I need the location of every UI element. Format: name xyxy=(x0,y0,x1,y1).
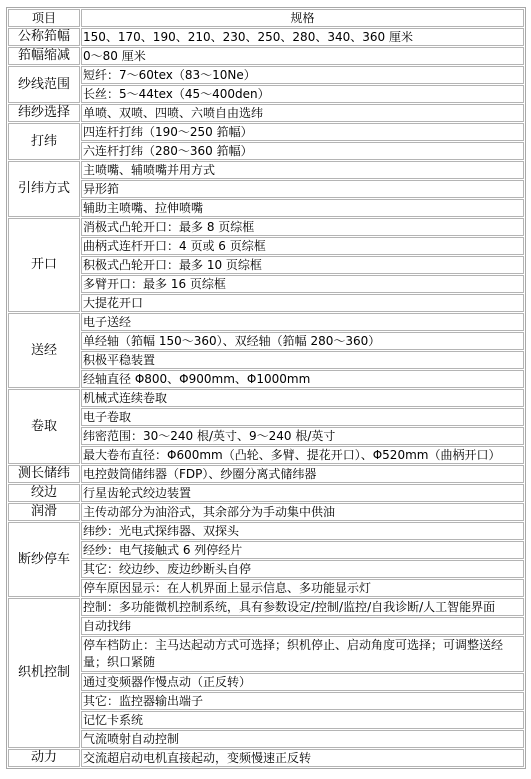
row-spec-value: 主传动部分为油浴式，其余部分为手动集中供油 xyxy=(81,503,524,521)
table-row: 通过变频器作慢点动（正反转） xyxy=(8,673,524,691)
row-spec-value: 气流喷射自动控制 xyxy=(81,730,524,748)
table-row: 曲柄式连杆开口：4 页或 6 页综框 xyxy=(8,237,524,255)
row-spec-value: 四连杆打纬（190～250 筘幅） xyxy=(81,123,524,141)
row-spec-value: 电子送经 xyxy=(81,313,524,331)
table-row: 公称筘幅150、170、190、210、230、250、280、340、360 … xyxy=(8,28,524,46)
table-row: 停车档防止：主马达起动方式可选择；织机停止、启动角度可选择；可调整送经量；织口紧… xyxy=(8,636,524,672)
row-spec-value: 行星齿轮式绞边装置 xyxy=(81,484,524,502)
row-item-label: 卷取 xyxy=(8,389,80,464)
row-spec-value: 异形筘 xyxy=(81,180,524,198)
row-spec-value: 交流超启动电机直接起动，变频慢速正反转 xyxy=(81,749,524,767)
table-row: 筘幅缩减0～80 厘米 xyxy=(8,47,524,65)
table-row: 停车原因显示：在人机界面上显示信息、多功能显示灯 xyxy=(8,579,524,597)
table-row: 动力交流超启动电机直接起动，变频慢速正反转 xyxy=(8,749,524,767)
row-spec-value: 积极平稳装置 xyxy=(81,351,524,369)
table-body: 公称筘幅150、170、190、210、230、250、280、340、360 … xyxy=(8,28,524,767)
row-spec-value: 单喷、双喷、四喷、六喷自由选纬 xyxy=(81,104,524,122)
row-item-label: 纱线范围 xyxy=(8,66,80,103)
row-spec-value: 单经轴（筘幅 150～360）、双经轴（筘幅 280～360） xyxy=(81,332,524,350)
table-row: 自动找纬 xyxy=(8,617,524,635)
table-row: 引纬方式主喷嘴、辅喷嘴并用方式 xyxy=(8,161,524,179)
table-row: 记忆卡系统 xyxy=(8,711,524,729)
row-spec-value: 停车原因显示：在人机界面上显示信息、多功能显示灯 xyxy=(81,579,524,597)
table-row: 大提花开口 xyxy=(8,294,524,312)
table-row: 最大卷布直径：Φ600mm（凸轮、多臂、提花开口）、Φ520mm（曲柄开口） xyxy=(8,446,524,464)
row-spec-value: 经纱：电气接触式 6 列停经片 xyxy=(81,541,524,559)
table-row: 异形筘 xyxy=(8,180,524,198)
row-spec-value: 曲柄式连杆开口：4 页或 6 页综框 xyxy=(81,237,524,255)
header-spec: 规格 xyxy=(81,9,524,27)
row-spec-value: 积极式凸轮开口：最多 10 页综框 xyxy=(81,256,524,274)
row-spec-value: 通过变频器作慢点动（正反转） xyxy=(81,673,524,691)
row-spec-value: 纬密范围：30～240 根/英寸、9～240 根/英寸 xyxy=(81,427,524,445)
table-row: 气流喷射自动控制 xyxy=(8,730,524,748)
row-item-label: 筘幅缩减 xyxy=(8,47,80,65)
table-row: 其它：绞边纱、废边纱断头自停 xyxy=(8,560,524,578)
table-row: 六连杆打纬（280～360 筘幅） xyxy=(8,142,524,160)
row-spec-value: 自动找纬 xyxy=(81,617,524,635)
row-item-label: 引纬方式 xyxy=(8,161,80,217)
row-spec-value: 经轴直径 Φ800、Φ900mm、Φ1000mm xyxy=(81,370,524,388)
row-spec-value: 主喷嘴、辅喷嘴并用方式 xyxy=(81,161,524,179)
row-spec-value: 电子卷取 xyxy=(81,408,524,426)
table-row: 电子卷取 xyxy=(8,408,524,426)
table-row: 多臂开口：最多 16 页综框 xyxy=(8,275,524,293)
row-spec-value: 机械式连续卷取 xyxy=(81,389,524,407)
table-row: 经纱：电气接触式 6 列停经片 xyxy=(8,541,524,559)
row-spec-value: 大提花开口 xyxy=(81,294,524,312)
table-row: 绞边行星齿轮式绞边装置 xyxy=(8,484,524,502)
spec-table: 项目 规格 公称筘幅150、170、190、210、230、250、280、34… xyxy=(6,7,526,769)
row-spec-value: 0～80 厘米 xyxy=(81,47,524,65)
row-item-label: 送经 xyxy=(8,313,80,388)
table-row: 测长储纬电控鼓筒储纬器（FDP）、纱圈分离式储纬器 xyxy=(8,465,524,483)
table-row: 断纱停车纬纱：光电式探纬器、双探头 xyxy=(8,522,524,540)
row-spec-value: 短纤：7～60tex（83～10Ne） xyxy=(81,66,524,84)
table-row: 打纬四连杆打纬（190～250 筘幅） xyxy=(8,123,524,141)
row-item-label: 断纱停车 xyxy=(8,522,80,597)
row-spec-value: 多臂开口：最多 16 页综框 xyxy=(81,275,524,293)
row-spec-value: 电控鼓筒储纬器（FDP）、纱圈分离式储纬器 xyxy=(81,465,524,483)
table-row: 织机控制控制：多功能微机控制系统，具有参数设定/控制/监控/自我诊断/人工智能界… xyxy=(8,598,524,616)
row-item-label: 纬纱选择 xyxy=(8,104,80,122)
row-spec-value: 六连杆打纬（280～360 筘幅） xyxy=(81,142,524,160)
row-item-label: 动力 xyxy=(8,749,80,767)
row-spec-value: 记忆卡系统 xyxy=(81,711,524,729)
row-spec-value: 纬纱：光电式探纬器、双探头 xyxy=(81,522,524,540)
table-row: 纬密范围：30～240 根/英寸、9～240 根/英寸 xyxy=(8,427,524,445)
table-row: 积极式凸轮开口：最多 10 页综框 xyxy=(8,256,524,274)
row-spec-value: 控制：多功能微机控制系统，具有参数设定/控制/监控/自我诊断/人工智能界面 xyxy=(81,598,524,616)
table-row: 卷取机械式连续卷取 xyxy=(8,389,524,407)
row-spec-value: 其它：绞边纱、废边纱断头自停 xyxy=(81,560,524,578)
table-row: 积极平稳装置 xyxy=(8,351,524,369)
row-item-label: 绞边 xyxy=(8,484,80,502)
row-spec-value: 其它：监控器输出端子 xyxy=(81,692,524,710)
row-item-label: 开口 xyxy=(8,218,80,312)
table-row: 长丝：5～44tex（45～400den） xyxy=(8,85,524,103)
spec-table-container: 项目 规格 公称筘幅150、170、190、210、230、250、280、34… xyxy=(6,7,525,769)
row-item-label: 测长储纬 xyxy=(8,465,80,483)
row-spec-value: 停车档防止：主马达起动方式可选择；织机停止、启动角度可选择；可调整送经量；织口紧… xyxy=(81,636,524,672)
table-row: 开口消极式凸轮开口：最多 8 页综框 xyxy=(8,218,524,236)
row-item-label: 润滑 xyxy=(8,503,80,521)
row-spec-value: 最大卷布直径：Φ600mm（凸轮、多臂、提花开口）、Φ520mm（曲柄开口） xyxy=(81,446,524,464)
row-item-label: 织机控制 xyxy=(8,598,80,748)
row-spec-value: 长丝：5～44tex（45～400den） xyxy=(81,85,524,103)
table-row: 纬纱选择单喷、双喷、四喷、六喷自由选纬 xyxy=(8,104,524,122)
table-row: 经轴直径 Φ800、Φ900mm、Φ1000mm xyxy=(8,370,524,388)
table-row: 送经电子送经 xyxy=(8,313,524,331)
row-spec-value: 消极式凸轮开口：最多 8 页综框 xyxy=(81,218,524,236)
table-row: 纱线范围短纤：7～60tex（83～10Ne） xyxy=(8,66,524,84)
table-row: 润滑主传动部分为油浴式，其余部分为手动集中供油 xyxy=(8,503,524,521)
row-item-label: 公称筘幅 xyxy=(8,28,80,46)
header-item: 项目 xyxy=(8,9,80,27)
table-row: 其它：监控器输出端子 xyxy=(8,692,524,710)
row-spec-value: 辅助主喷嘴、拉伸喷嘴 xyxy=(81,199,524,217)
table-row: 单经轴（筘幅 150～360）、双经轴（筘幅 280～360） xyxy=(8,332,524,350)
row-spec-value: 150、170、190、210、230、250、280、340、360 厘米 xyxy=(81,28,524,46)
table-row: 辅助主喷嘴、拉伸喷嘴 xyxy=(8,199,524,217)
row-item-label: 打纬 xyxy=(8,123,80,160)
table-header-row: 项目 规格 xyxy=(8,9,524,27)
